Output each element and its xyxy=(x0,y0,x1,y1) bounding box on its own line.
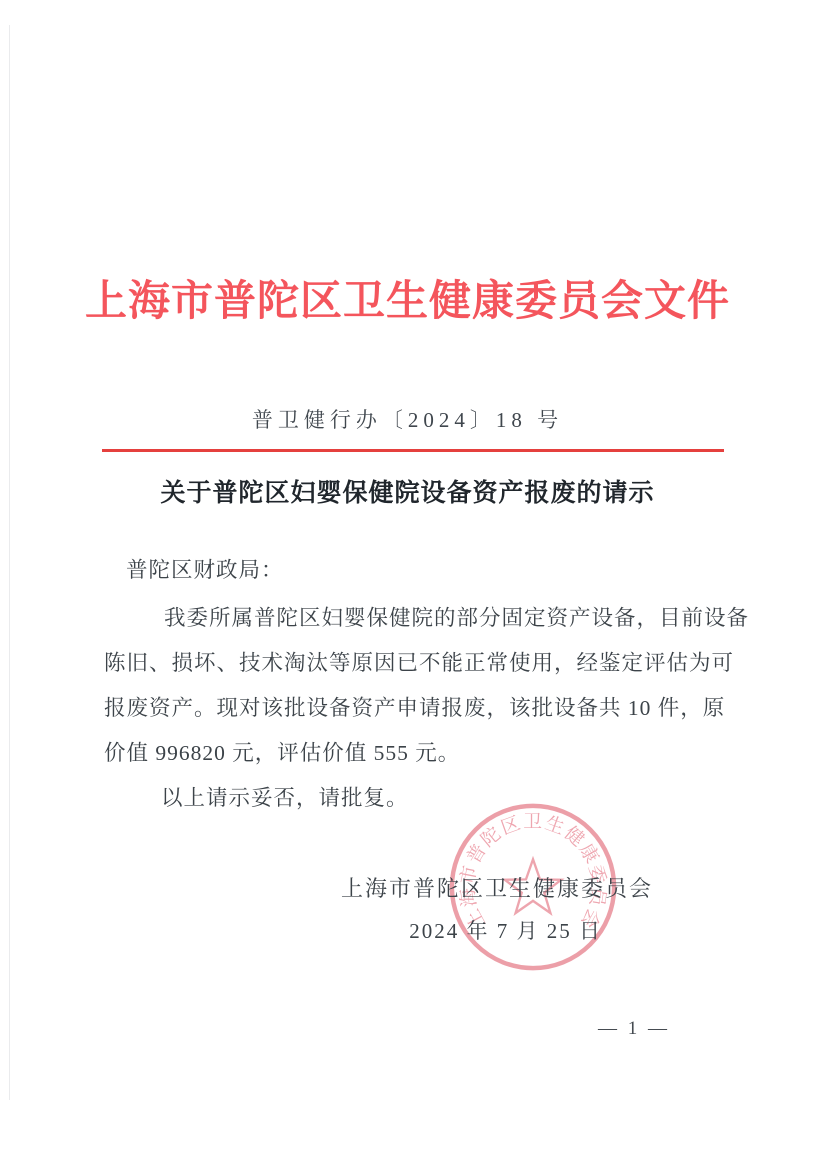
scan-artifact-line xyxy=(9,25,10,1100)
body-line: 价值 996820 元，评估价值 555 元。 xyxy=(104,731,722,776)
body-line: 我委所属普陀区妇婴保健院的部分固定资产设备，目前设备 xyxy=(104,596,722,641)
document-title: 关于普陀区妇婴保健院设备资产报废的请示 xyxy=(0,473,815,509)
issuer-signature: 上海市普陀区卫生健康委员会 xyxy=(341,872,653,903)
red-divider-rule xyxy=(102,449,724,452)
document-header-title: 上海市普陀区卫生健康委员会文件 xyxy=(0,268,815,328)
document-number: 普卫健行办〔2024〕18 号 xyxy=(0,404,815,434)
document-body: 普陀区财政局： 我委所属普陀区妇婴保健院的部分固定资产设备，目前设备 陈旧、损坏… xyxy=(104,551,722,821)
salutation: 普陀区财政局： xyxy=(104,551,722,596)
body-line: 报废资产。现对该批设备资产申请报废，该批设备共 10 件，原 xyxy=(104,686,722,731)
closing-line: 以上请示妥否，请批复。 xyxy=(104,776,722,821)
body-line: 陈旧、损坏、技术淘汰等原因已不能正常使用，经鉴定评估为可 xyxy=(104,641,722,686)
page-number: — 1 — xyxy=(598,1018,670,1040)
issue-date: 2024 年 7 月 25 日 xyxy=(409,915,602,945)
document-page: 上海市普陀区卫生健康委员会文件 普卫健行办〔2024〕18 号 关于普陀区妇婴保… xyxy=(0,0,815,1158)
